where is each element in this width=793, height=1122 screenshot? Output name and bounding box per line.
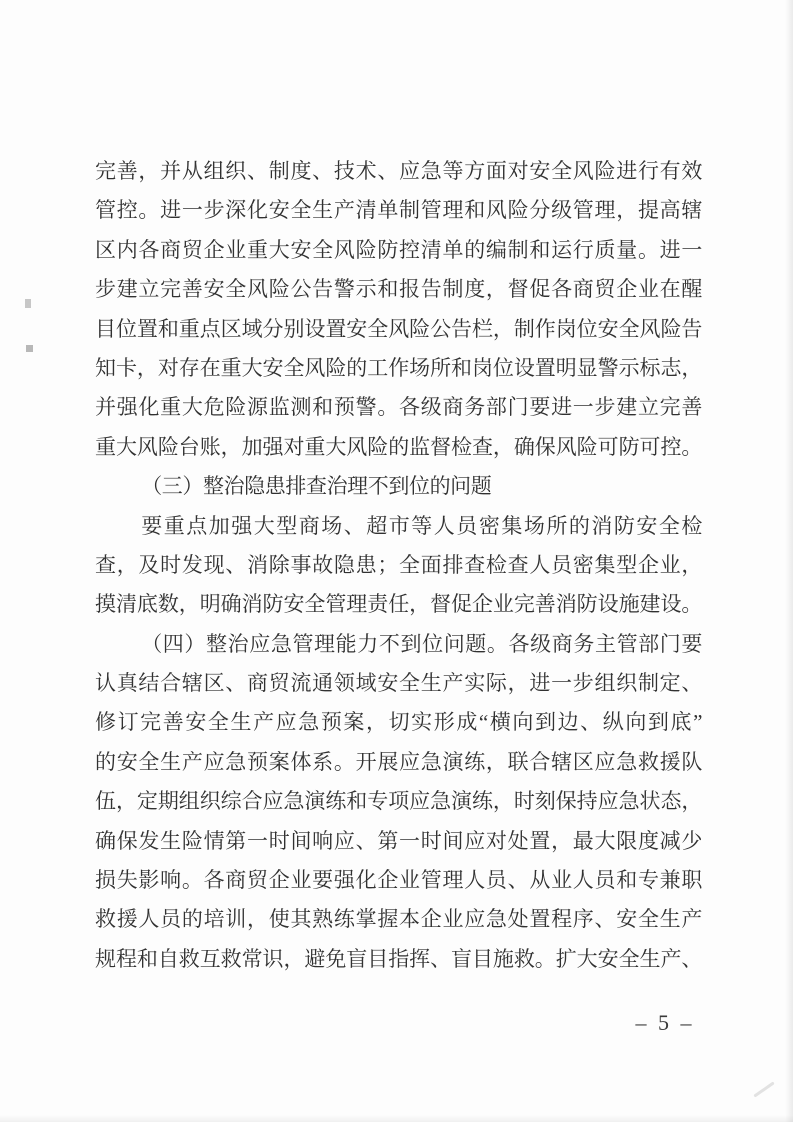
text-line: 摸清底数，明确消防安全管理责任，督促企业完善消防设施建设。	[95, 585, 702, 624]
text-line: 修订完善安全生产应急预案，切实形成“横向到边、纵向到底”	[95, 703, 702, 742]
scan-speck-artifact	[25, 299, 31, 308]
text-line: 的安全生产应急预案体系。开展应急演练，联合辖区应急救援队	[95, 743, 702, 782]
text-line: 知卡，对存在重大安全风险的工作场所和岗位设置明显警示标志，	[95, 349, 702, 388]
page-bottom-edge-shadow	[0, 1115, 793, 1122]
text-line: 管控。进一步深化安全生产清单制管理和风险分级管理，提高辖	[95, 191, 702, 230]
text-line: 重大风险台账，加强对重大风险的监督检查，确保风险可防可控。	[95, 428, 702, 467]
text-line: 要重点加强大型商场、超市等人员密集场所的消防安全检	[95, 507, 702, 546]
text-line: 确保发生险情第一时间响应、第一时间应对处置，最大限度减少	[95, 822, 702, 861]
scanned-document-page: 完善，并从组织、制度、技术、应急等方面对安全风险进行有效管控。进一步深化安全生产…	[0, 0, 793, 1122]
scan-smudge-artifact	[753, 1081, 774, 1097]
text-line: 完善，并从组织、制度、技术、应急等方面对安全风险进行有效	[95, 152, 702, 191]
text-line: （三）整治隐患排查治理不到位的问题	[95, 467, 702, 506]
text-line: 认真结合辖区、商贸流通领域安全生产实际，进一步组织制定、	[95, 664, 702, 703]
text-line: 损失影响。各商贸企业要强化企业管理人员、从业人员和专兼职	[95, 861, 702, 900]
text-line: 并强化重大危险源监测和预警。各级商务部门要进一步建立完善	[95, 388, 702, 427]
text-line: 伍，定期组织综合应急演练和专项应急演练，时刻保持应急状态，	[95, 782, 702, 821]
text-line: 目位置和重点区域分别设置安全风险公告栏，制作岗位安全风险告	[95, 310, 702, 349]
page-number: – 5 –	[600, 1010, 730, 1036]
document-body: 完善，并从组织、制度、技术、应急等方面对安全风险进行有效管控。进一步深化安全生产…	[95, 152, 702, 979]
text-line: 区内各商贸企业重大安全风险防控清单的编制和运行质量。进一	[95, 231, 702, 270]
text-line: 步建立完善安全风险公告警示和报告制度，督促各商贸企业在醒	[95, 270, 702, 309]
text-line: 查，及时发现、消除事故隐患；全面排查检查人员密集型企业，	[95, 546, 702, 585]
page-right-edge-shadow	[785, 0, 793, 1122]
text-line: 救援人员的培训，使其熟练掌握本企业应急处置程序、安全生产	[95, 900, 702, 939]
scan-speck-artifact	[26, 345, 33, 352]
text-line: 规程和自救互救常识，避免盲目指挥、盲目施救。扩大安全生产、	[95, 940, 702, 979]
text-line: （四）整治应急管理能力不到位问题。各级商务主管部门要	[95, 625, 702, 664]
